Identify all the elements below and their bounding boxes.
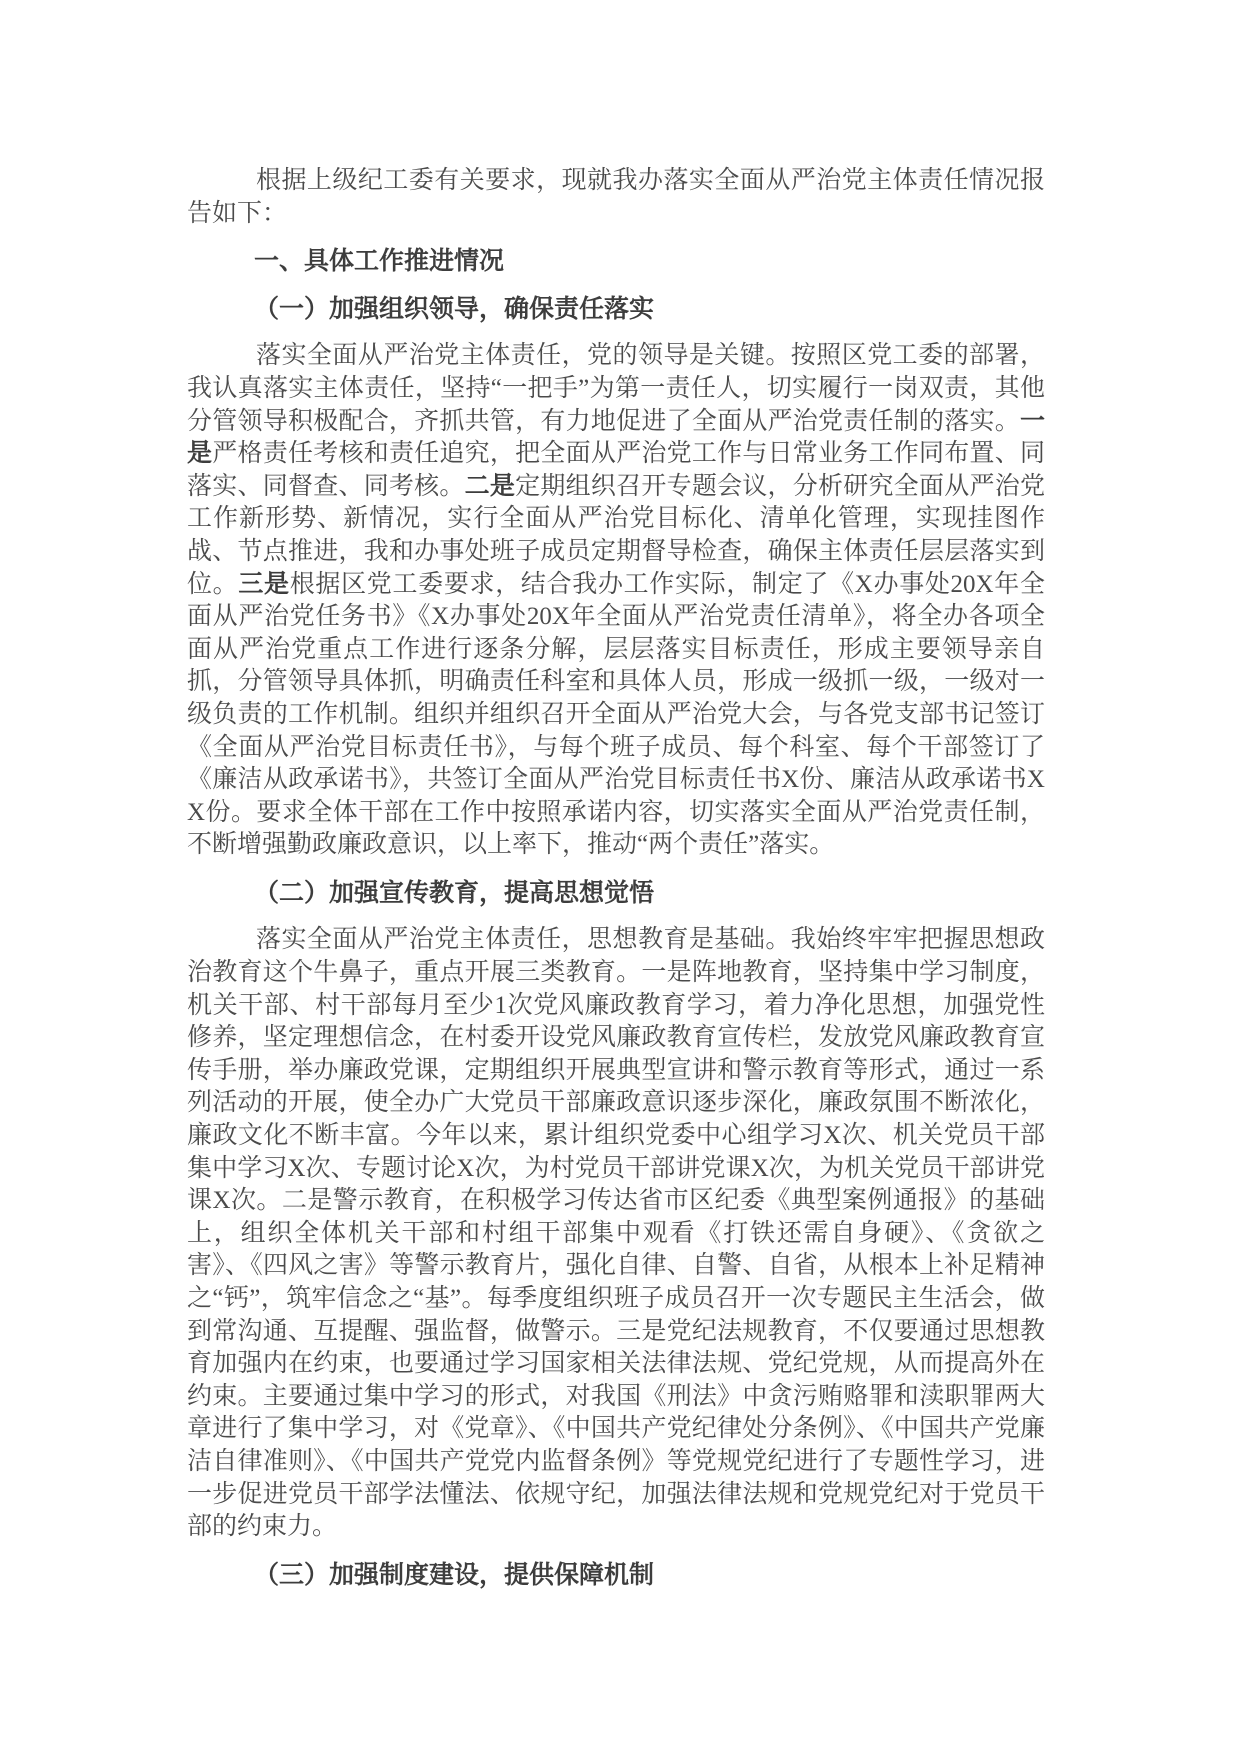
body-paragraph: 落实全面从严治党主体责任，党的领导是关键。按照区党工委的部署，我认真落实主体责任… xyxy=(187,340,1045,862)
body-paragraph: 根据上级纪工委有关要求，现就我办落实全面从严治党主体责任情况报告如下： xyxy=(187,165,1045,230)
subsection-heading: （二）加强宣传教育，提高思想觉悟 xyxy=(187,877,1045,910)
document-page: 根据上级纪工委有关要求，现就我办落实全面从严治党主体责任情况报告如下：一、具体工… xyxy=(0,0,1240,1754)
bold-text-run: （一）加强组织领导，确保责任落实 xyxy=(254,295,654,323)
text-run: 根据区党工委要求，结合我办工作实际，制定了《X办事处20X年全面从严治党任务书》… xyxy=(187,571,1045,859)
body-paragraph: 落实全面从严治党主体责任，思想教育是基础。我始终牢牢把握思想政治教育这个牛鼻子，… xyxy=(187,924,1045,1543)
bold-text-run: 一、具体工作推进情况 xyxy=(254,247,504,275)
text-run: 根据上级纪工委有关要求，现就我办落实全面从严治党主体责任情况报告如下： xyxy=(187,167,1045,227)
subsection-heading: （三）加强制度建设，提供保障机制 xyxy=(187,1559,1045,1592)
text-run: 落实全面从严治党主体责任，思想教育是基础。我始终牢牢把握思想政治教育这个牛鼻子，… xyxy=(187,926,1045,1540)
subsection-heading: （一）加强组织领导，确保责任落实 xyxy=(187,293,1045,326)
bold-text-run: 三是 xyxy=(238,571,289,598)
bold-text-run: （三）加强制度建设，提供保障机制 xyxy=(254,1561,654,1589)
section-heading: 一、具体工作推进情况 xyxy=(187,245,1045,278)
text-run: 落实全面从严治党主体责任，党的领导是关键。按照区党工委的部署，我认真落实主体责任… xyxy=(187,342,1045,434)
bold-text-run: （二）加强宣传教育，提高思想觉悟 xyxy=(254,879,654,907)
document-content: 根据上级纪工委有关要求，现就我办落实全面从严治党主体责任情况报告如下：一、具体工… xyxy=(187,165,1045,1606)
bold-text-run: 二是 xyxy=(465,473,515,500)
